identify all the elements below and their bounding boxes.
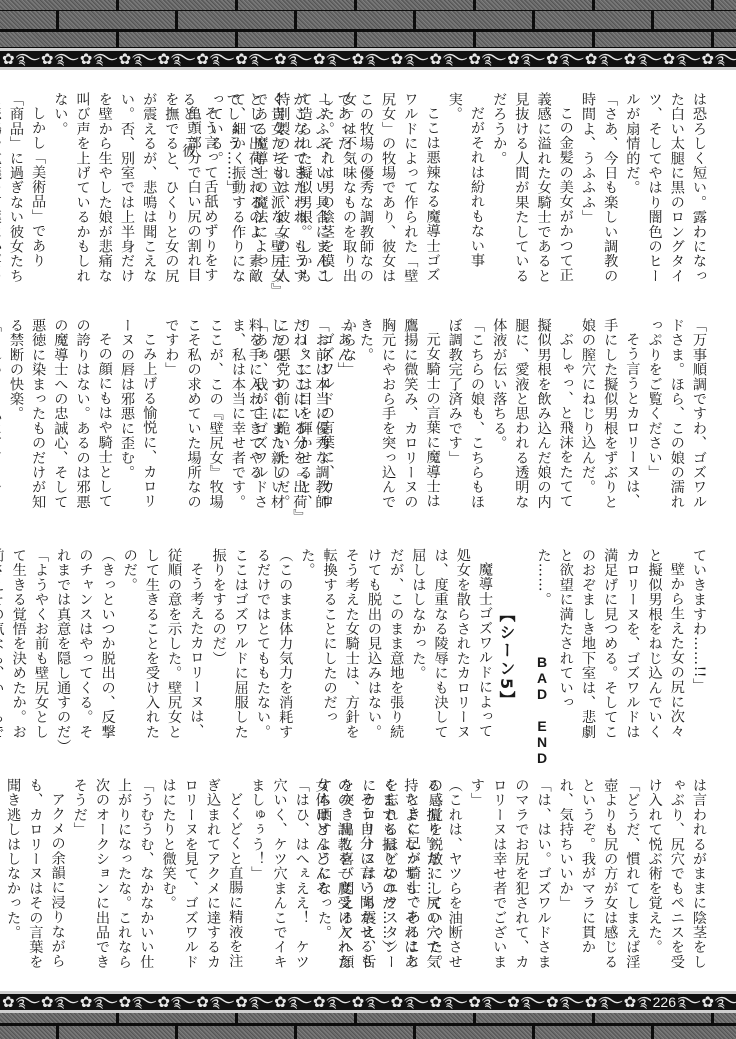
paragraph: は恐ろしく短い。露わになった白い太腿に黒のロングタイツ、そしてやはり闇色のヒール… [621,92,710,292]
paragraph: こみ上げる愉悦に、カロリーヌの唇は邪悪に歪む。 [116,318,160,518]
paragraph: そう言うとカロリーヌは、手にした擬似男根をずぶりと娘の膣穴にねじり込んだ。 [577,318,644,518]
paragraph: だがそれは紛れもない事実。 [444,92,488,292]
ornament-pattern: ✿࿐✿࿐✿࿐✿࿐✿࿐✿࿐✿࿐✿࿐✿࿐✿࿐✿࿐✿࿐✿࿐✿࿐✿࿐✿࿐✿࿐✿࿐✿࿐✿࿐… [0,50,736,68]
paragraph: しかし「美術品」であり「商品」に過ぎない彼女たちに悲鳴や抗議の言葉は必要のないも… [0,92,49,292]
brick-wall-top [0,0,736,48]
bad-end-heading: BAD END [534,654,550,766]
paragraph: どくどくと直腸に精液を注ぎ込まれてアクメに達するカロリーヌを見て、ゴズワルドはに… [157,778,246,978]
text-block-band1-left: 女」は不気味なものを取り出した。それは男の陰茎を模して造られた擬似男根。しかも特… [80,92,360,292]
brick-row [0,32,736,47]
paragraph: （このまま体力気力を消耗するだけではとてももたない。ここはゴズワルドに屈服した振… [207,548,296,748]
paragraph: 「は、はい。ゴズワルドさまのマラでお尻を犯されて、カロリーヌは幸せ者でございます… [466,778,555,978]
text-block-band4-right: は言われるがままに陰茎をしゃぶり、尻穴でもペニスを受け入れて悦ぶ術を覚えた。 「… [448,778,710,978]
paragraph: そう考えたカロリーヌは、従順の意を示した。壁尻女として生きることを受け入れたのだ… [119,548,208,748]
ornament-border-bottom: ✿࿐✿࿐✿࿐✿࿐✿࿐✿࿐✿࿐✿࿐✿࿐✿࿐✿࿐✿࿐✿࿐✿࿐✿࿐✿࿐✿࿐✿࿐✿࿐✿࿐… [0,991,736,1013]
paragraph: この金髪の美女がかつて正義感に溢れた女騎士であると見抜ける人間が果たしているだろ… [488,92,577,292]
paragraph: ぶしゃっ、と飛沫をたてて擬似男根を飲み込んだ娘の内腿に、愛液と思われる透明な体液… [488,318,577,518]
paragraph: 「あぁ、我が主ゴズワルドさま、私は本当に幸せ者です。ここが、この『壁尻女』牧場こ… [160,318,271,518]
paragraph: 「これからも私はゴズワルドさまのために何十、何百の『壁尻女』を調教し [0,318,5,518]
text-block-band1-right: は恐ろしく短い。露わになった白い太腿に黒のロングタイツ、そしてやはり闇色のヒール… [448,92,710,292]
brick-row [0,1013,736,1023]
paragraph: の感覚を鋭敏にしていった。 [424,778,446,978]
brick-row [0,1026,676,1039]
paragraph: 亀頭部分で白い尻の割れ目を撫でると、ひくりと女の尻が震えるが、悲鳴は聞こえない。… [49,92,204,292]
brick-row [0,11,676,29]
paragraph: 「こちらの娘も、こちらもほぼ調教完了済みです」 [444,318,488,518]
paragraph: ときに己が騎士であることを忘れるほどのエクスタシーにカロリーヌはうち震え、舌を突… [313,778,424,978]
paragraph: 「うむうむ、なかなかいい仕上がりになったな。これなら次のオークションに出品できそ… [69,778,158,978]
paragraph: アクメの余韻に浸りながらも、カロリーヌはその言葉を聞き逃しはしなかった。 [2,778,69,978]
paragraph: ゴズワルドの言葉に、カロリーヌには目を輝かせると、この悪党の前に跪いたのだ。 [271,318,338,518]
text-block-band2-left: からな」 ゴズワルドの言葉に、カロリーヌには目を輝かせると、この悪党の前に跪いた… [80,318,360,518]
paragraph: （きっといつか脱出の、反撃のチャンスはやってくる。それまでは真意を隠し通すのだ） [52,548,119,748]
paragraph: 元女騎士の言葉に魔導士は鷹揚に微笑み、カロリーヌの胸元にやおら手を突っ込んできた… [355,318,444,518]
paragraph: 魔導士ゴズワルドによって処女を散らされたカロリーヌは、度重なる陵辱にも決して屈し… [407,548,496,748]
paragraph: その顔にもはや騎士としての誇りはない。あるのは邪悪の魔導士への忠誠心、そして悪徳… [5,318,116,518]
paragraph: 「はひ、はへぇええ！ ケツ穴いく、ケツ穴まんこでイキましゅぅう！」 [246,778,313,978]
paragraph: 「万事順調ですわ、ゴズワルドさま。ほら、この娘の濡れっぷりをご覧ください」 [643,318,710,518]
brick-row [0,0,736,10]
paragraph: ていきますわ……!!」 [688,548,710,748]
paragraph: は言われるがままに陰茎をしゃぶり、尻穴でもペニスを受け入れて悦ぶ術を覚えた。 [643,778,710,978]
page-number: 226 [651,993,678,1010]
paragraph: からな」 [338,318,360,518]
paragraph: 「どうだ、慣れてしまえば淫壺よりも尻の方が女は感じるというぞ。我がマラに貫かれ、… [555,778,644,978]
paragraph: 「さあ、今日も楽しい調教の時間よ、うふふふ」 [577,92,621,292]
paragraph: 「ようやくお前も壁尻女として生きる覚悟を決めたか。お前さえその気なら、いくらでも… [0,548,52,748]
text-block-band4-left: の感覚を鋭敏にしていった。 ときに己が騎士であることを忘れるほどのエクスタシーに… [80,778,446,978]
brick-wall-bottom [0,1013,736,1039]
ornament-border-top: ✿࿐✿࿐✿࿐✿࿐✿࿐✿࿐✿࿐✿࿐✿࿐✿࿐✿࿐✿࿐✿࿐✿࿐✿࿐✿࿐✿࿐✿࿐✿࿐✿࿐… [0,48,736,70]
text-block-band3-left: 魔導士ゴズワルドによって処女を散らされたカロリーヌは、度重なる陵辱にも決して屈し… [80,548,496,748]
paragraph: （オークション……おそらくそこには、私や他の壁尻女を買いにくる客たちが集まるはず… [0,778,2,978]
text-block-band3-right: ていきますわ……!!」 壁から生えた女の尻に次々と擬似男根をねじ込んでいくカロリ… [570,548,710,748]
ornament-pattern: ✿࿐✿࿐✿࿐✿࿐✿࿐✿࿐✿࿐✿࿐✿࿐✿࿐✿࿐✿࿐✿࿐✿࿐✿࿐✿࿐✿࿐✿࿐✿࿐✿࿐… [0,993,736,1011]
paragraph: だが、このまま意地を張り続けても脱出の見込みはない。そう考えた女騎士は、方針を転… [296,548,407,748]
text-block-band2-right: 「万事順調ですわ、ゴズワルドさま。ほら、この娘の濡れっぷりをご覧ください」 そう… [448,318,710,518]
scene-heading: 【シーン5】 [495,606,518,709]
paragraph: 女」は不気味なものを取り出した。それは男の陰茎を模して造られた擬似男根。しかも特… [205,92,360,292]
paragraph: 壁から生えた女の尻に次々と擬似男根をねじ込んでいくカロリーヌを、ゴズワルドは満足… [532,548,687,748]
